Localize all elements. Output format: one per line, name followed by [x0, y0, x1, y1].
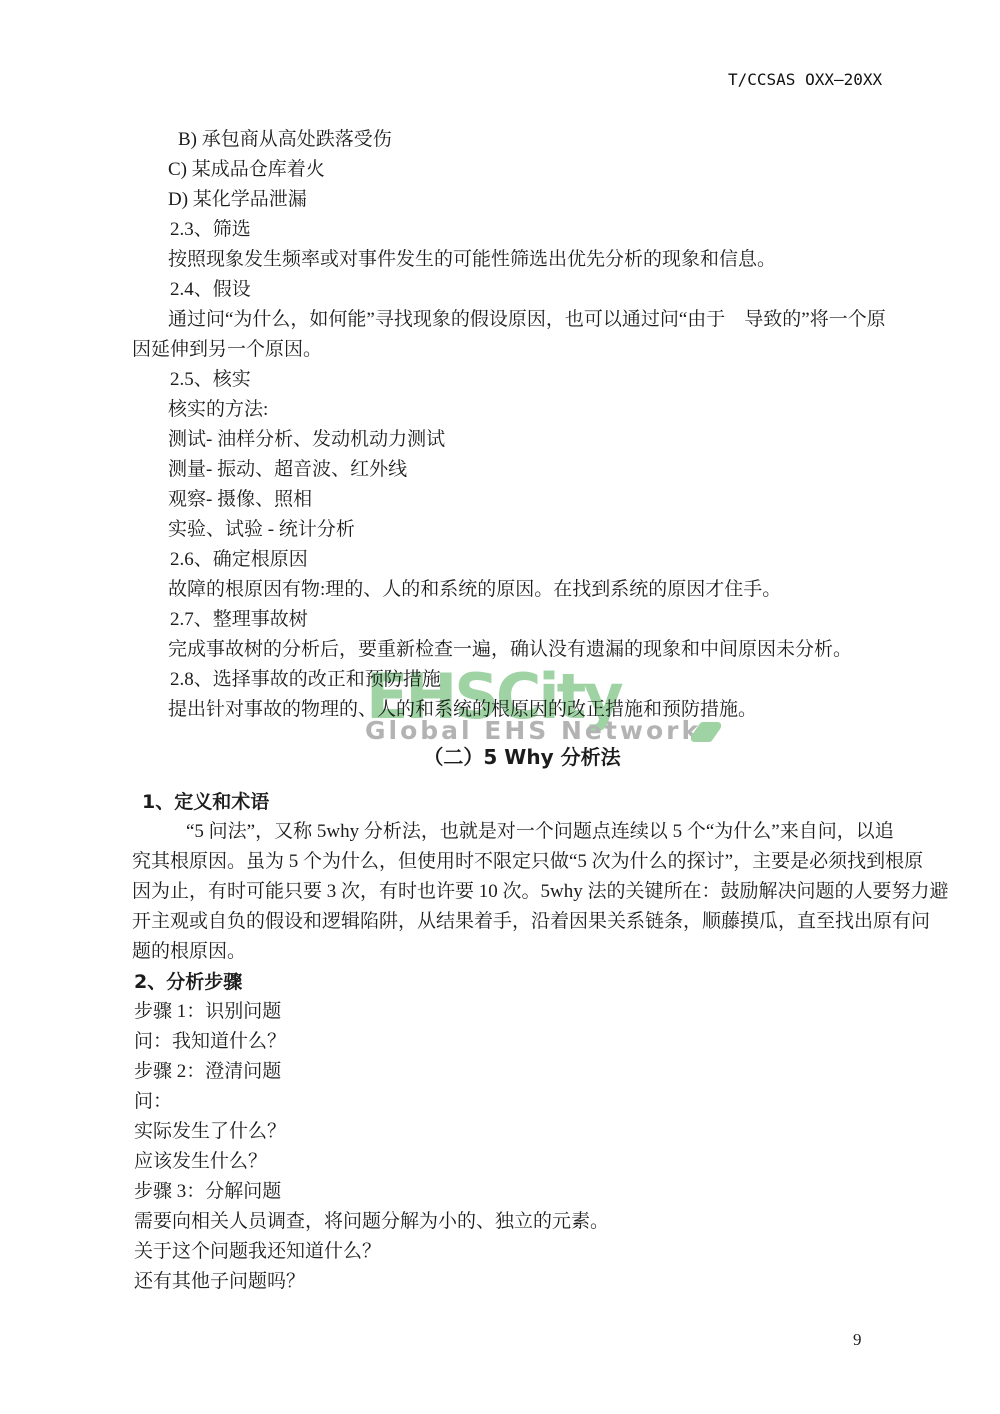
doc-line: 实验、试验 - 统计分析 [132, 515, 912, 545]
list-item-d: D) 某化学品泄漏 [132, 185, 912, 215]
heading-2-7: 2.7、整理事故树 [132, 605, 912, 635]
step-line: 步骤 1：识别问题 [132, 997, 912, 1027]
step-line: 还有其他子问题吗？ [132, 1267, 912, 1297]
doc-line: 因延伸到另一个原因。 [132, 335, 912, 365]
page-number: 9 [853, 1330, 862, 1350]
subsection-heading-steps: 2、分析步骤 [132, 967, 912, 997]
doc-line: 核实的方法: [132, 395, 912, 425]
doc-line: 按照现象发生频率或对事件发生的可能性筛选出优先分析的现象和信息。 [132, 245, 912, 275]
document-page: T/CCSAS OXX—20XX EHSCity Global EHS Netw… [0, 0, 1000, 1414]
heading-2-6: 2.6、确定根原因 [132, 545, 912, 575]
heading-2-8: 2.8、选择事故的改正和预防措施 [132, 665, 912, 695]
step-line: 问：我知道什么？ [132, 1027, 912, 1057]
doc-line: 完成事故树的分析后，要重新检查一遍，确认没有遗漏的现象和中间原因未分析。 [132, 635, 912, 665]
step-line: 步骤 2：澄清问题 [132, 1057, 912, 1087]
doc-line: “5 问法”，又称 5why 分析法，也就是对一个问题点连续以 5 个“为什么”… [132, 817, 912, 847]
subsection-heading-definitions: 1、定义和术语 [132, 787, 912, 817]
document-body: B) 承包商从高处跌落受伤 C) 某成品仓库着火 D) 某化学品泄漏 2.3、筛… [132, 125, 912, 1297]
standard-code-header: T/CCSAS OXX—20XX [728, 70, 882, 89]
step-line: 应该发生什么？ [132, 1147, 912, 1177]
doc-line: 究其根原因。虽为 5 个为什么，但使用时不限定只做“5 次为什么的探讨”，主要是… [132, 847, 912, 877]
doc-line: 测量- 振动、超音波、红外线 [132, 455, 912, 485]
step-line: 需要向相关人员调查，将问题分解为小的、独立的元素。 [132, 1207, 912, 1237]
heading-2-3: 2.3、筛选 [132, 215, 912, 245]
doc-line: 测试- 油样分析、发动机动力测试 [132, 425, 912, 455]
doc-line: 题的根原因。 [132, 937, 912, 967]
doc-line: 因为止，有时可能只要 3 次，有时也许要 10 次。5why 法的关键所在：鼓励… [132, 877, 912, 907]
doc-line: 故障的根原因有物:理的、人的和系统的原因。在找到系统的原因才住手。 [132, 575, 912, 605]
step-line: 关于这个问题我还知道什么？ [132, 1237, 912, 1267]
heading-2-4: 2.4、假设 [132, 275, 912, 305]
section-heading-5why: （二）5 Why 分析法 [132, 742, 912, 772]
doc-line: 观察- 摄像、照相 [132, 485, 912, 515]
list-item-c: C) 某成品仓库着火 [132, 155, 912, 185]
list-item-b: B) 承包商从高处跌落受伤 [132, 125, 912, 155]
heading-2-5: 2.5、核实 [132, 365, 912, 395]
step-line: 步骤 3：分解问题 [132, 1177, 912, 1207]
step-line: 问： [132, 1087, 912, 1117]
doc-line: 通过问“为什么，如何能”寻找现象的假设原因，也可以通过问“由于 导致的”将一个原 [132, 305, 912, 335]
doc-line: 开主观或自负的假设和逻辑陷阱，从结果着手，沿着因果关系链条，顺藤摸瓜，直至找出原… [132, 907, 912, 937]
step-line: 实际发生了什么？ [132, 1117, 912, 1147]
doc-line: 提出针对事故的物理的、人的和系统的根原因的改正措施和预防措施。 [132, 695, 912, 725]
